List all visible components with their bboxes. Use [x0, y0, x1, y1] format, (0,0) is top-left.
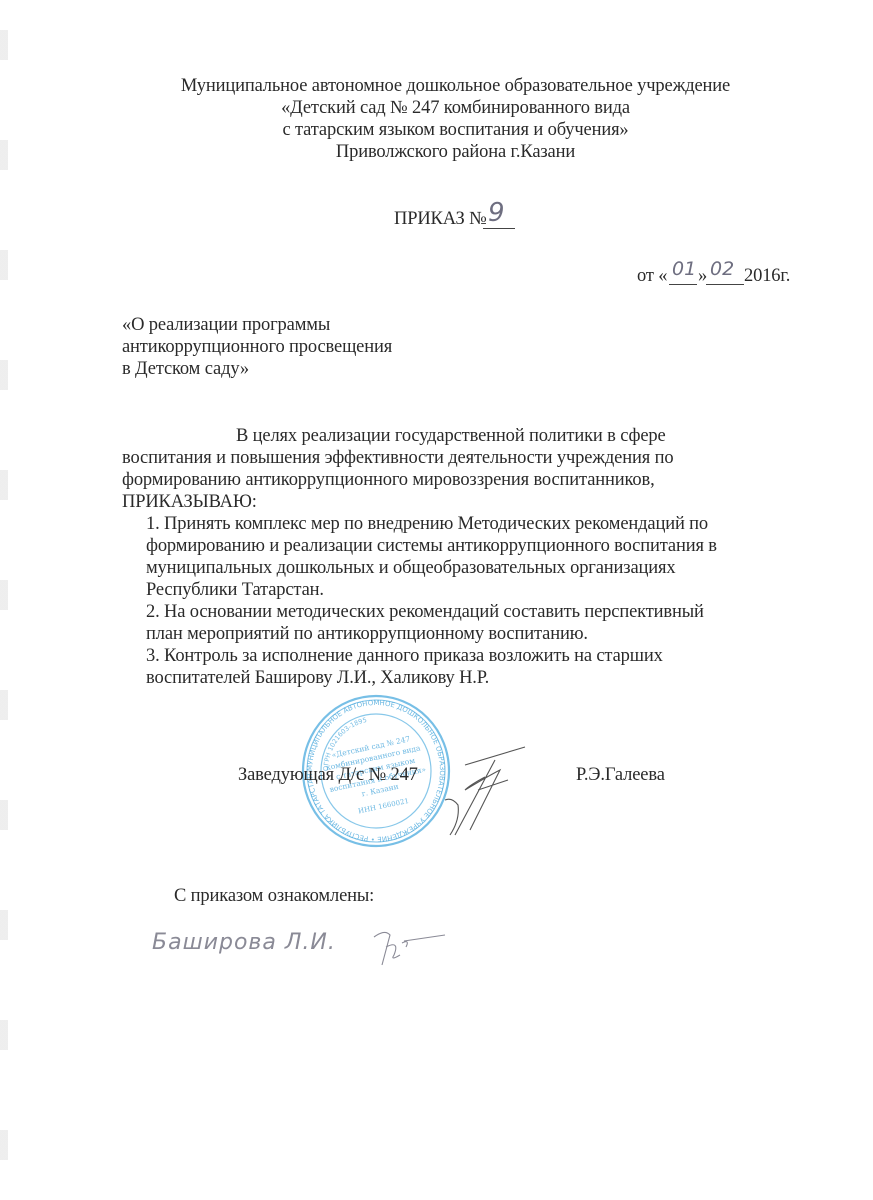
acknowledgement-handwritten-name: Баширова Л.И. — [152, 930, 336, 955]
signature-position: Заведующая Д/с № 247 — [238, 764, 418, 786]
preamble-line-1: В целях реализации государственной полит… — [236, 425, 666, 447]
preamble-line-4: ПРИКАЗЫВАЮ: — [122, 491, 257, 513]
signature-name: Р.Э.Галеева — [576, 764, 665, 786]
subject-line-1: «О реализации программы — [122, 314, 330, 336]
order-number-underline — [483, 228, 515, 229]
date-year: 2016г. — [744, 265, 790, 287]
preamble-line-3: формированию антикоррупционного мировозз… — [122, 469, 655, 491]
order-label: ПРИКАЗ № — [394, 208, 487, 230]
date-month-handwritten: 02 — [710, 258, 734, 280]
order-number-handwritten: 9 — [488, 198, 505, 228]
acknowledgement-signature-icon — [370, 925, 450, 970]
header-line-2: «Детский сад № 247 комбинированного вида — [0, 97, 873, 119]
date-month-underline — [706, 284, 744, 285]
subject-line-2: антикоррупционного просвещения — [122, 336, 392, 358]
item-2-line-2: план мероприятий по антикоррупционному в… — [146, 623, 588, 645]
stamp-inn: ИНН 1660021 — [357, 797, 409, 816]
director-signature-icon — [440, 745, 540, 840]
date-prefix: от « — [637, 265, 667, 287]
item-3-line-1: 3. Контроль за исполнение данного приказ… — [146, 645, 663, 667]
item-3-line-2: воспитателей Баширову Л.И., Халикову Н.Р… — [146, 667, 489, 689]
header-line-4: Приволжского района г.Казани — [0, 141, 873, 163]
acknowledgement-label: С приказом ознакомлены: — [174, 885, 374, 907]
document-page: Муниципальное автономное дошкольное обра… — [0, 0, 873, 1200]
item-1-line-4: Республики Татарстан. — [146, 579, 324, 601]
header-line-1: Муниципальное автономное дошкольное обра… — [0, 75, 873, 97]
item-1-line-3: муниципальных дошкольных и общеобразоват… — [146, 557, 675, 579]
item-2-line-1: 2. На основании методических рекомендаци… — [146, 601, 704, 623]
item-1-line-1: 1. Принять комплекс мер по внедрению Мет… — [146, 513, 708, 535]
subject-line-3: в Детском саду» — [122, 358, 249, 380]
header-line-3: с татарским языком воспитания и обучения… — [0, 119, 873, 141]
date-day-underline — [669, 284, 697, 285]
preamble-line-2: воспитания и повышения эффективности дея… — [122, 447, 673, 469]
date-day-handwritten: 01 — [672, 258, 696, 280]
item-1-line-2: формированию и реализации системы антико… — [146, 535, 717, 557]
scan-edge-artifact — [0, 0, 8, 1200]
